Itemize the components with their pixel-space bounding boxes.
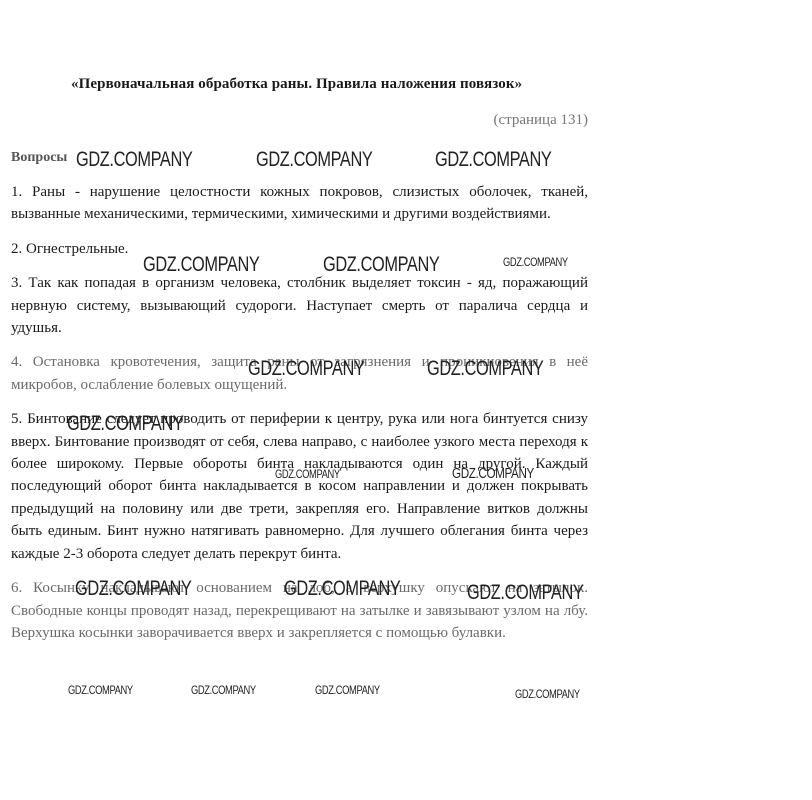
answer-4: 4. Остановка кровотечения, защита раны о…: [11, 351, 588, 396]
watermark: GDZ.COMPANY: [256, 148, 372, 172]
answer-5: 5. Бинтование следует проводить от периф…: [11, 408, 588, 565]
watermark: GDZ.COMPANY: [515, 687, 580, 701]
watermark: GDZ.COMPANY: [68, 683, 133, 697]
watermark: GDZ.COMPANY: [435, 148, 551, 172]
page-reference: (страница 131): [493, 112, 588, 129]
answers-list: 1. Раны - нарушение целостности кожных п…: [11, 181, 588, 656]
watermark: GDZ.COMPANY: [76, 148, 192, 172]
answer-2: 2. Огнестрельные.: [11, 238, 588, 260]
document-title: «Первоначальная обработка раны. Правила …: [71, 76, 522, 93]
answer-3: 3. Так как попадая в организм человека, …: [11, 272, 588, 339]
watermark: GDZ.COMPANY: [315, 683, 380, 697]
questions-heading: Вопросы: [11, 150, 67, 166]
watermark: GDZ.COMPANY: [191, 683, 256, 697]
answer-1: 1. Раны - нарушение целостности кожных п…: [11, 181, 588, 226]
answer-6: 6. Косынку накладывают основанием на лоб…: [11, 577, 588, 644]
